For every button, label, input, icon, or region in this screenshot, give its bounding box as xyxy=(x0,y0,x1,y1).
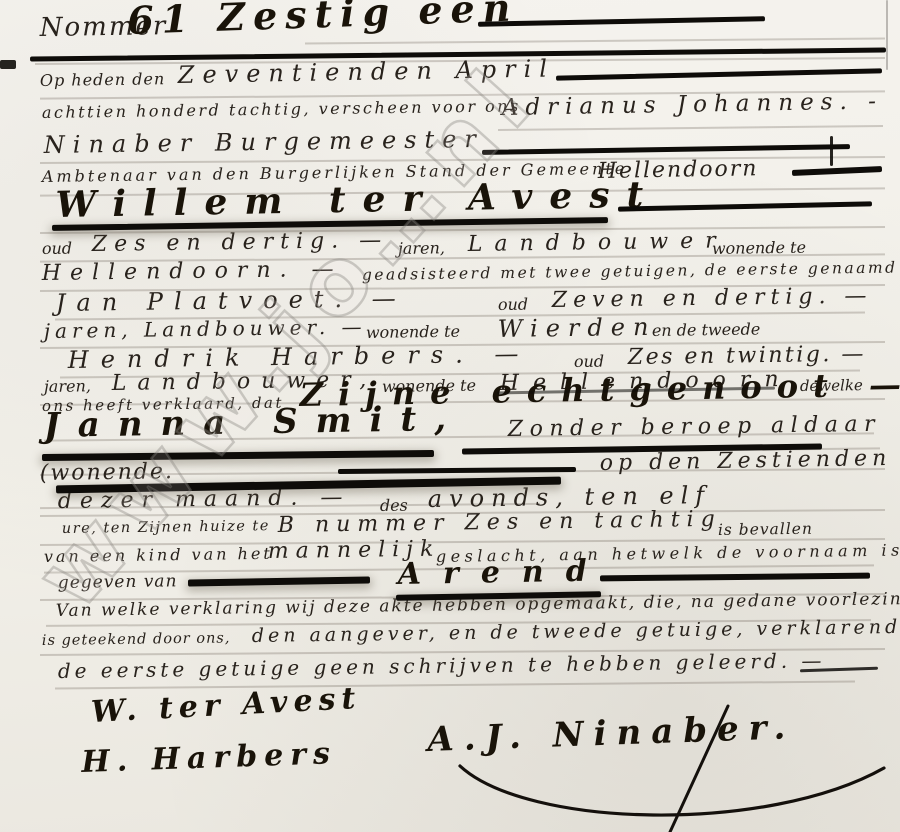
ink-stroke xyxy=(556,68,882,80)
residence-label-2: wonende te xyxy=(366,323,460,342)
ink-stroke xyxy=(886,0,888,70)
ink-stroke xyxy=(600,573,870,582)
witness1-residence: Wierden xyxy=(498,314,657,343)
signature-declarant: W. ter Avest xyxy=(90,682,362,729)
ruled-line xyxy=(55,681,855,689)
mother-occupation: Zonder beroep aldaar xyxy=(508,413,882,442)
ink-stroke xyxy=(338,467,576,474)
ink-stroke xyxy=(482,144,850,155)
opening-phrase: Op heden den xyxy=(40,70,166,89)
ink-stroke xyxy=(830,136,833,166)
ink-stroke xyxy=(478,16,765,27)
residence-label-1: wonende te xyxy=(712,239,806,258)
witnesses-phrase: geadsisteerd met twee getuigen, de eerst… xyxy=(362,260,898,285)
age-label-1: oud xyxy=(42,240,72,258)
age-label-3: oud xyxy=(574,353,604,371)
child-name: Arend xyxy=(397,554,609,591)
closing-line-2a: is geteekend door ons, xyxy=(42,631,231,650)
record-number-value: 61 Zestig een xyxy=(127,0,519,42)
closing-line-2b: den aangever, en de tweede getuige, verk… xyxy=(252,617,900,647)
ruled-line xyxy=(305,37,885,44)
signature-witness: H. Harbers xyxy=(81,737,338,779)
signature-flourish xyxy=(432,704,894,832)
registrar-firstnames: Adrianus Johannes. - xyxy=(502,89,884,121)
ruled-line xyxy=(498,125,883,131)
ink-stroke xyxy=(0,60,16,69)
witness1-age: Zeven en dertig. — xyxy=(552,285,873,314)
document-scan: www.jo…nl Nommer 61 Zestig een Op heden … xyxy=(0,0,900,832)
ink-stroke xyxy=(792,166,882,176)
ink-stroke xyxy=(188,576,370,586)
born-phrase: is bevallen xyxy=(718,521,813,539)
age-label-2: oud xyxy=(498,296,528,314)
years-label-3: jaren, xyxy=(44,377,91,395)
house-number: B nummer Zes en tachtig xyxy=(278,508,722,538)
second-witness-phrase: en de tweede xyxy=(652,320,761,339)
declarant-occupation: Landbouwer xyxy=(468,229,728,257)
